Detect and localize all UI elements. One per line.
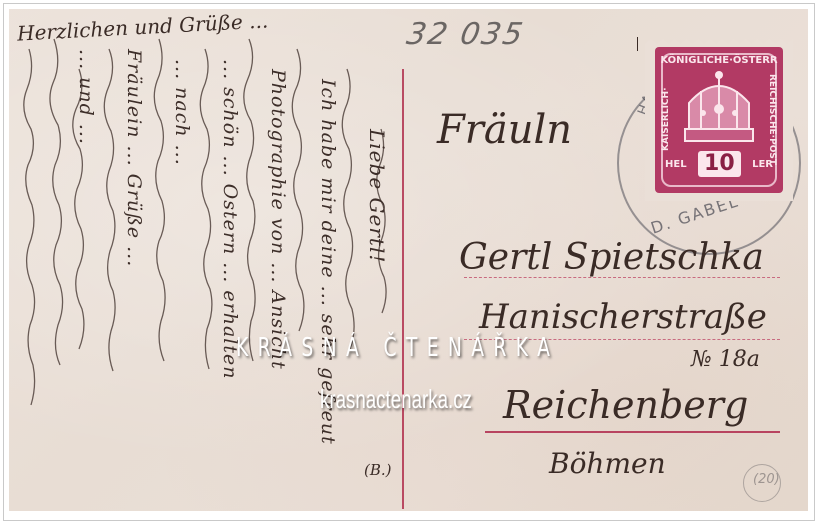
- address-region: Böhmen: [549, 447, 666, 480]
- stamp-value-row: HEL 10 LER: [665, 151, 773, 177]
- address-salutation: Fräuln: [437, 107, 572, 153]
- pencil-corner-note: (20): [753, 472, 780, 487]
- address-name: Gertl Spietschka: [459, 237, 764, 278]
- divider-line: [402, 69, 404, 509]
- stamp-value: 10: [698, 151, 741, 177]
- handwritten-message: Herzlichen und Grüße ... Liebe Gertl! Ic…: [9, 9, 399, 511]
- ink-tick-mark: [637, 37, 638, 51]
- address-line-3: [485, 431, 780, 433]
- stamp-currency-left: HEL: [665, 159, 687, 170]
- postage-stamp: KÖNIGLICHE·ÖSTERR KAISERLICH· REICHISCHE…: [645, 39, 793, 201]
- watermark-url: krasnactenarka.cz: [320, 384, 472, 415]
- stamp-face: KÖNIGLICHE·ÖSTERR KAISERLICH· REICHISCHE…: [655, 47, 783, 193]
- catalog-number: 32 035: [404, 17, 527, 52]
- crown-icon: [681, 69, 757, 147]
- stamp-currency-right: LER: [752, 159, 773, 170]
- stamp-inscription-top: KÖNIGLICHE·ÖSTERR: [655, 55, 783, 66]
- watermark-title: KRÁSNÁ ČTENÁŘKA: [236, 333, 495, 363]
- cursive-strokes: [9, 9, 399, 511]
- address-line-1: [464, 277, 780, 278]
- address-house-number: № 18a: [691, 347, 760, 372]
- address-street: Hanischerstraße: [479, 297, 767, 337]
- postcard: Herzlichen und Grüße ... Liebe Gertl! Ic…: [9, 9, 808, 511]
- address-city: Reichenberg: [503, 383, 748, 427]
- signature-mark: (B.): [364, 461, 392, 479]
